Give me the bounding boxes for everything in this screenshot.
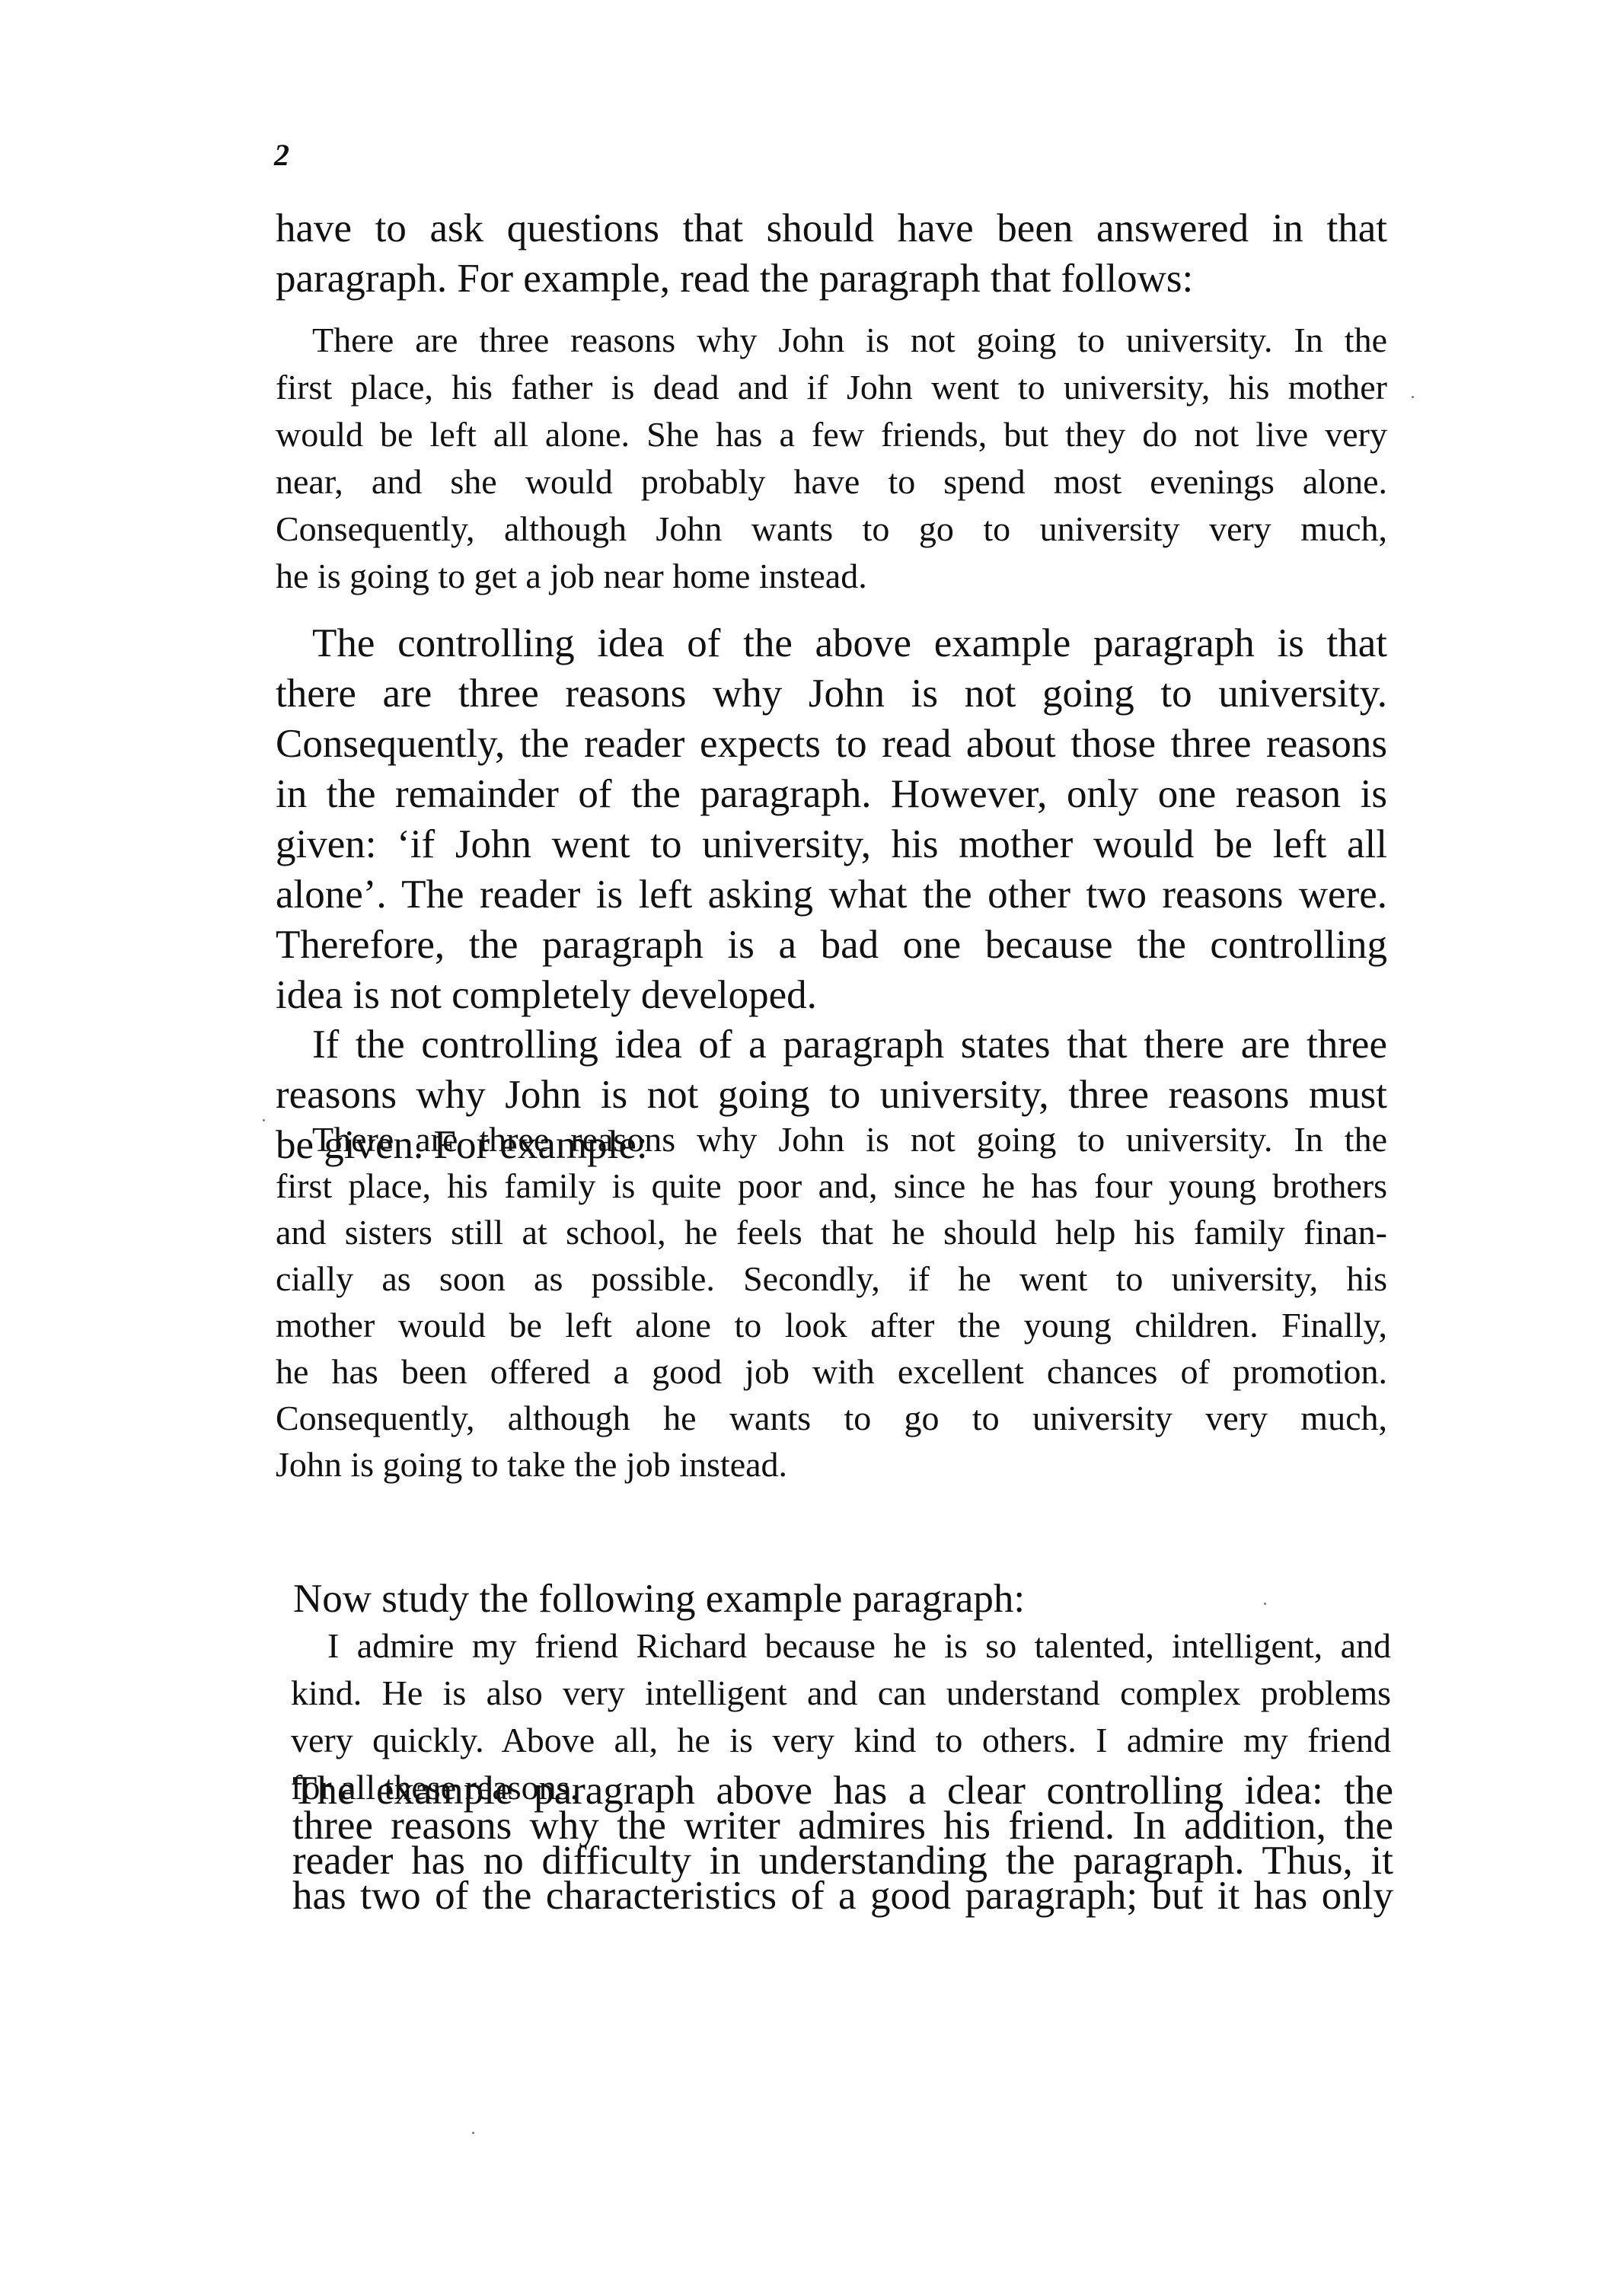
book-page: 2 have to ask questions that should have… xyxy=(0,0,1624,2284)
scan-speck xyxy=(472,2132,474,2134)
scan-speck xyxy=(263,1119,265,1121)
page-number: 2 xyxy=(274,137,289,173)
scan-speck xyxy=(1264,1603,1266,1605)
scan-speck xyxy=(1412,396,1414,398)
